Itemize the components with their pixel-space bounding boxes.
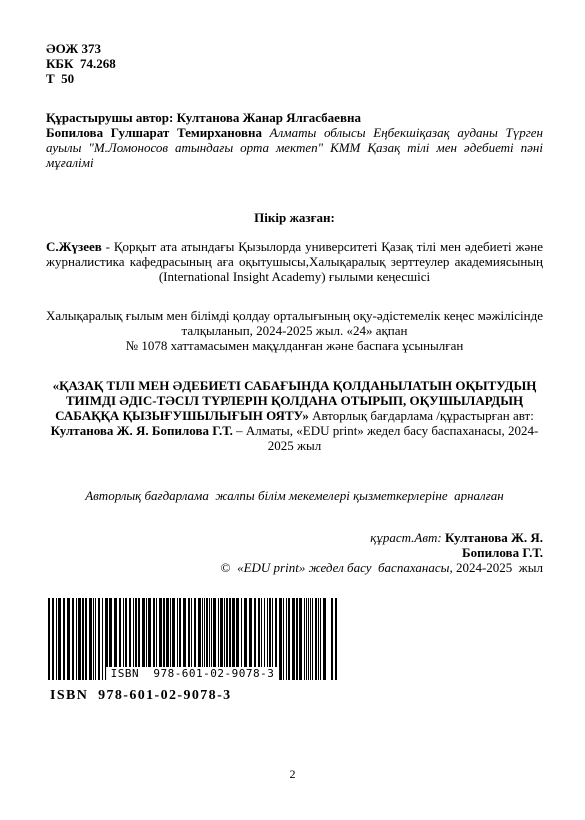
document-page: ӘОЖ 373 КБК 74.268 Т 50 Құрастырушы авто…: [0, 0, 585, 820]
barcode-number: ISBN 978-601-02-9078-3: [106, 667, 280, 681]
compiler-author-line: Құрастырушы автор: Култанова Жанар Ялгас…: [46, 110, 543, 125]
title-program-note: Авторлық бағдарлама /құрастырған авт:: [309, 408, 534, 423]
approval-paragraph: Халықаралық ғылым мен білімді қолдау орт…: [46, 308, 543, 353]
title-authors: Култанова Ж. Я. Бопилова Г.Т.: [51, 423, 233, 438]
bbk-code: КБК 74.268: [46, 56, 543, 71]
udc-block: ӘОЖ 373 КБК 74.268 Т 50: [46, 41, 543, 86]
reviewer-description: - Қорқыт ата атындағы Қызылорда универси…: [46, 239, 543, 284]
audience-note: Авторлық бағдарлама жалпы білім мекемеле…: [46, 488, 543, 503]
credit-name-2: Бопилова Г.Т.: [46, 545, 543, 560]
credits-line-1: құраст.Авт: Култанова Ж. Я.: [46, 530, 543, 545]
reviewer-heading: Пікір жазған:: [46, 210, 543, 225]
approval-line-2: № 1078 хаттамасымен мақұлданған және бас…: [46, 338, 543, 353]
second-author-paragraph: Бопилова Гулшарат Темирхановна Алматы об…: [46, 125, 543, 170]
reviewer-paragraph: С.Жүзеев - Қорқыт ата атындағы Қызылорда…: [46, 239, 543, 284]
copyright-line: © «EDU print» жедел басу баспаханасы, 20…: [46, 560, 543, 575]
t-code: Т 50: [46, 71, 543, 86]
page-number: 2: [0, 767, 585, 782]
second-author-name: Бопилова Гулшарат Темирхановна: [46, 125, 262, 140]
isbn-number: ISBN 978-601-02-9078-3: [50, 688, 543, 703]
udc-code: ӘОЖ 373: [46, 41, 543, 56]
authors-block: Құрастырушы автор: Култанова Жанар Ялгас…: [46, 110, 543, 170]
title-paragraph: «ҚАЗАҚ ТІЛІ МЕН ӘДЕБИЕТІ САБАҒЫНДА ҚОЛДА…: [46, 378, 543, 453]
title-imprint: – Алматы, «EDU print» жедел басу баспаха…: [233, 423, 538, 453]
credits-block: құраст.Авт: Култанова Ж. Я. Бопилова Г.Т…: [46, 530, 543, 575]
approval-line-1: Халықаралық ғылым мен білімді қолдау орт…: [46, 308, 543, 338]
publication-year: 2024-2025 жыл: [453, 560, 543, 575]
compiled-by-label: құраст.Авт:: [370, 530, 445, 545]
credit-name-1: Култанова Ж. Я.: [445, 530, 543, 545]
publisher-name: «EDU print» жедел басу баспаханасы,: [237, 560, 453, 575]
isbn-barcode: ISBN 978-601-02-9078-3: [48, 598, 337, 680]
copyright-symbol: ©: [221, 560, 237, 575]
reviewer-name: С.Жүзеев: [46, 239, 102, 254]
